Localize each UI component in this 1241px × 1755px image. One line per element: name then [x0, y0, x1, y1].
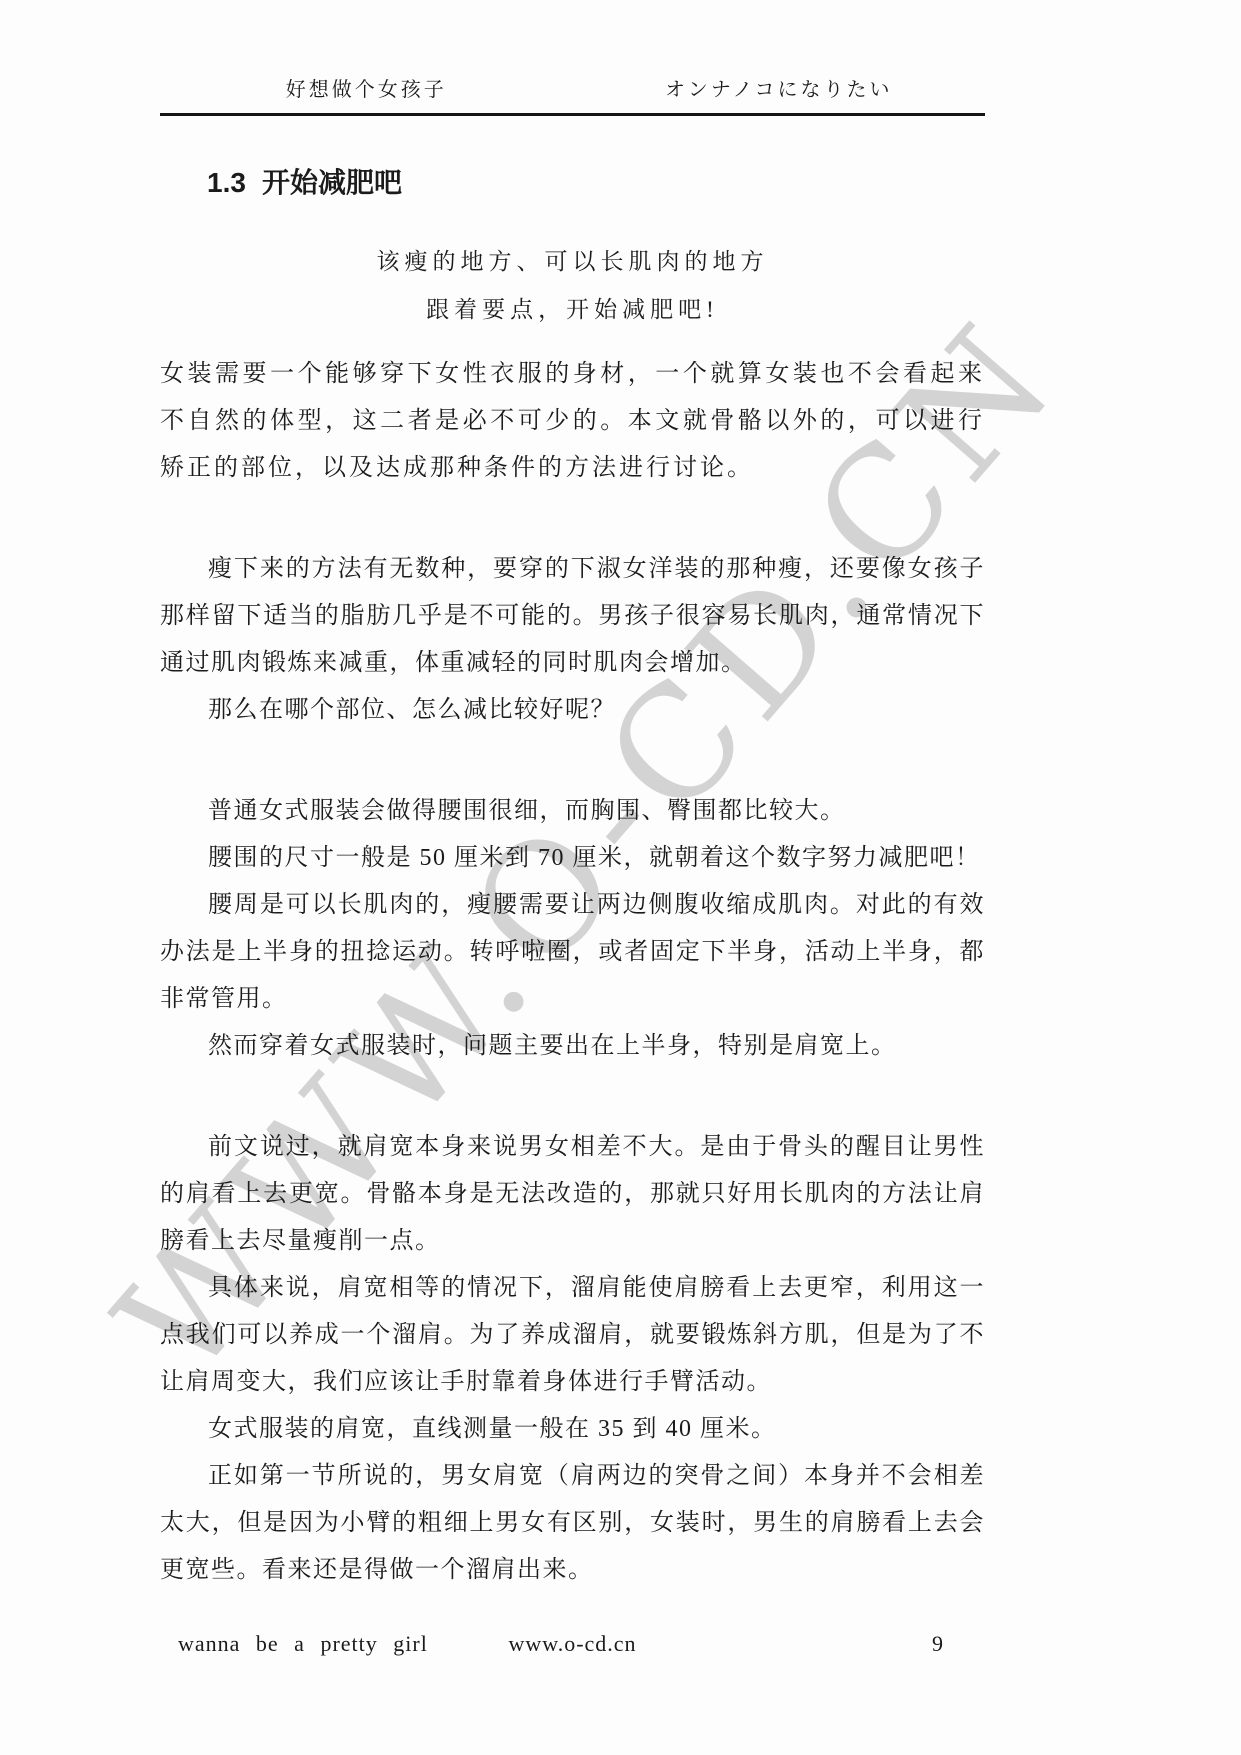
lead-line-2: 跟着要点，开始减肥吧!	[160, 295, 985, 325]
footer-motto: wanna be a pretty girl	[178, 1628, 428, 1660]
section-number: 1.3	[207, 167, 246, 198]
lead-line-1: 该瘦的地方、可以长肌肉的地方	[160, 247, 985, 277]
body-paragraph-7: 前文说过，就肩宽本身来说男女相差不大。是由于骨头的醒目让男性的肩看上去更宽。骨骼…	[160, 1124, 985, 1265]
header-rule	[160, 113, 985, 116]
body-paragraph-6: 然而穿着女式服装时，问题主要出在上半身，特别是肩宽上。	[160, 1023, 985, 1070]
page-footer: wanna be a pretty girl www.o-cd.cn 9	[160, 1628, 985, 1660]
header-title-chinese: 好想做个女孩子	[160, 78, 573, 102]
body-paragraph-1: 瘦下来的方法有无数种，要穿的下淑女洋装的那种瘦，还要像女孩子那样留下适当的脂肪几…	[160, 546, 985, 687]
intro-paragraph: 女装需要一个能够穿下女性衣服的身材，一个就算女装也不会看起来不自然的体型，这二者…	[160, 351, 985, 492]
body-paragraph-8: 具体来说，肩宽相等的情况下，溜肩能使肩膀看上去更窄，利用这一点我们可以养成一个溜…	[160, 1265, 985, 1406]
section-title: 1.3开始减肥吧	[207, 166, 985, 201]
header-title-japanese: オンナノコになりたい	[573, 78, 986, 102]
footer-site-url: www.o-cd.cn	[508, 1628, 636, 1660]
body-paragraph-4: 腰围的尺寸一般是 50 厘米到 70 厘米，就朝着这个数字努力减肥吧！	[160, 835, 985, 882]
body-paragraph-9: 女式服装的肩宽，直线测量一般在 35 到 40 厘米。	[160, 1406, 985, 1453]
body-paragraph-3: 普通女式服装会做得腰围很细，而胸围、臀围都比较大。	[160, 788, 985, 835]
page-content: 好想做个女孩子 オンナノコになりたい 1.3开始减肥吧 该瘦的地方、可以长肌肉的…	[0, 0, 1241, 1594]
section-heading-text: 开始减肥吧	[262, 168, 402, 199]
body-paragraph-5: 腰周是可以长肌肉的，瘦腰需要让两边侧腹收缩成肌肉。对此的有效办法是上半身的扭捻运…	[160, 882, 985, 1023]
body-paragraph-2: 那么在哪个部位、怎么减比较好呢？	[160, 687, 985, 734]
page-header: 好想做个女孩子 オンナノコになりたい	[160, 0, 985, 102]
footer-page-number: 9	[932, 1628, 943, 1660]
document-page: WWW.O-CD.CN 好想做个女孩子 オンナノコになりたい 1.3开始减肥吧 …	[0, 0, 1241, 1755]
body-paragraph-10: 正如第一节所说的，男女肩宽（肩两边的突骨之间）本身并不会相差太大，但是因为小臂的…	[160, 1453, 985, 1594]
